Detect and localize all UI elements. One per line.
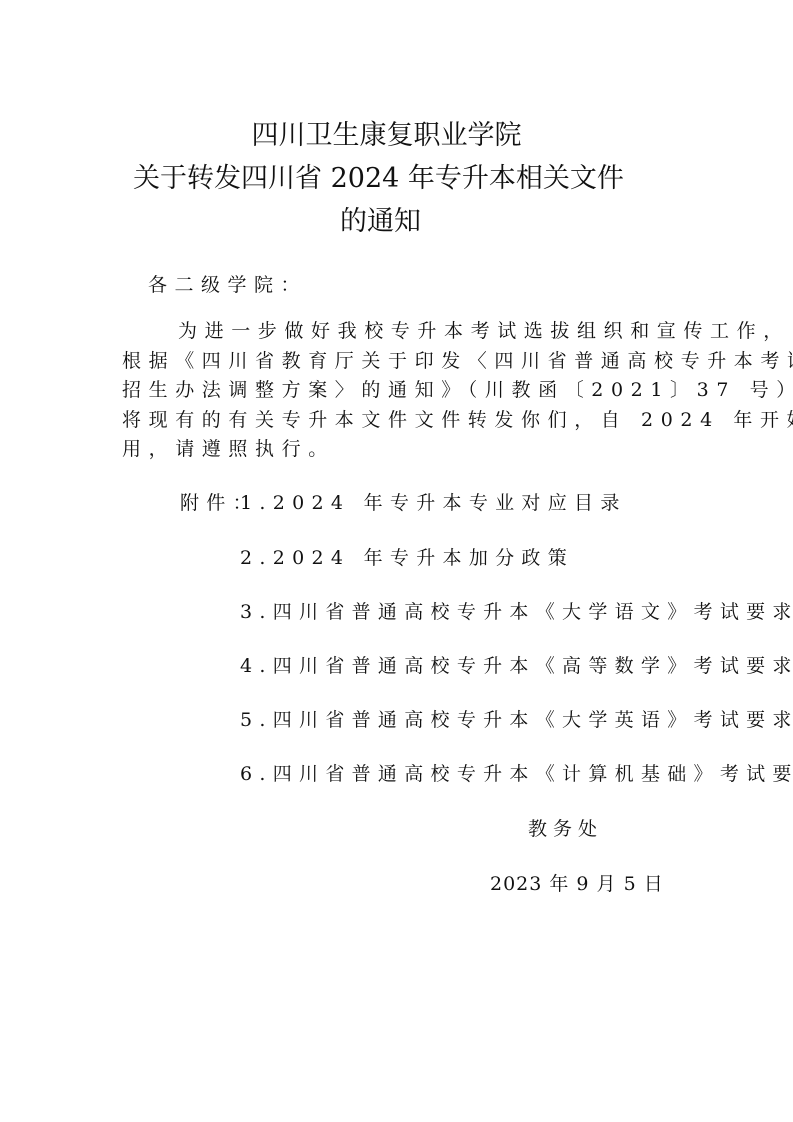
body-line: 将现有的有关专升本文件文件转发你们，自 2024 年开始适 [122,406,682,436]
attachment-item: 5.四川省普通高校专升本《大学英语》考试要求 [240,706,793,735]
body-line: 根据《四川省教育厅关于印发〈四川省普通高校专升本考试 [122,347,682,377]
title-line-institution: 四川卫生康复职业学院 [0,116,783,156]
document-page: 四川卫生康复职业学院 关于转发四川省 2024 年专升本相关文件 的通知 各二级… [0,0,793,1122]
attachment-item: 4.四川省普通高校专升本《高等数学》考试要求 [240,652,793,681]
attachment-item: 1.2024 年专升本专业对应目录 [240,489,627,518]
body-line: 为进一步做好我校专升本考试选拔组织和宣传工作， [122,317,682,347]
title-line-subject: 关于转发四川省 2024 年专升本相关文件 [0,159,775,199]
signature-date: 2023 年 9 月 5 日 [490,870,664,899]
body-line: 招生办法调整方案〉的通知》（川教函〔2021〕37 号）精神， [122,376,682,406]
body-paragraph: 为进一步做好我校专升本考试选拔组织和宣传工作， 根据《四川省教育厅关于印发〈四川… [122,317,682,465]
attachment-item: 6.四川省普通高校专升本《计算机基础》考试要求 [240,760,793,789]
salutation: 各二级学院： [148,271,307,300]
signature-department: 教务处 [528,815,603,844]
attachment-item: 2.2024 年专升本加分政策 [240,544,574,573]
attachment-item: 3.四川省普通高校专升本《大学语文》考试要求 [240,598,793,627]
body-line: 用，请遵照执行。 [122,435,682,465]
title-line-notice: 的通知 [0,202,777,242]
